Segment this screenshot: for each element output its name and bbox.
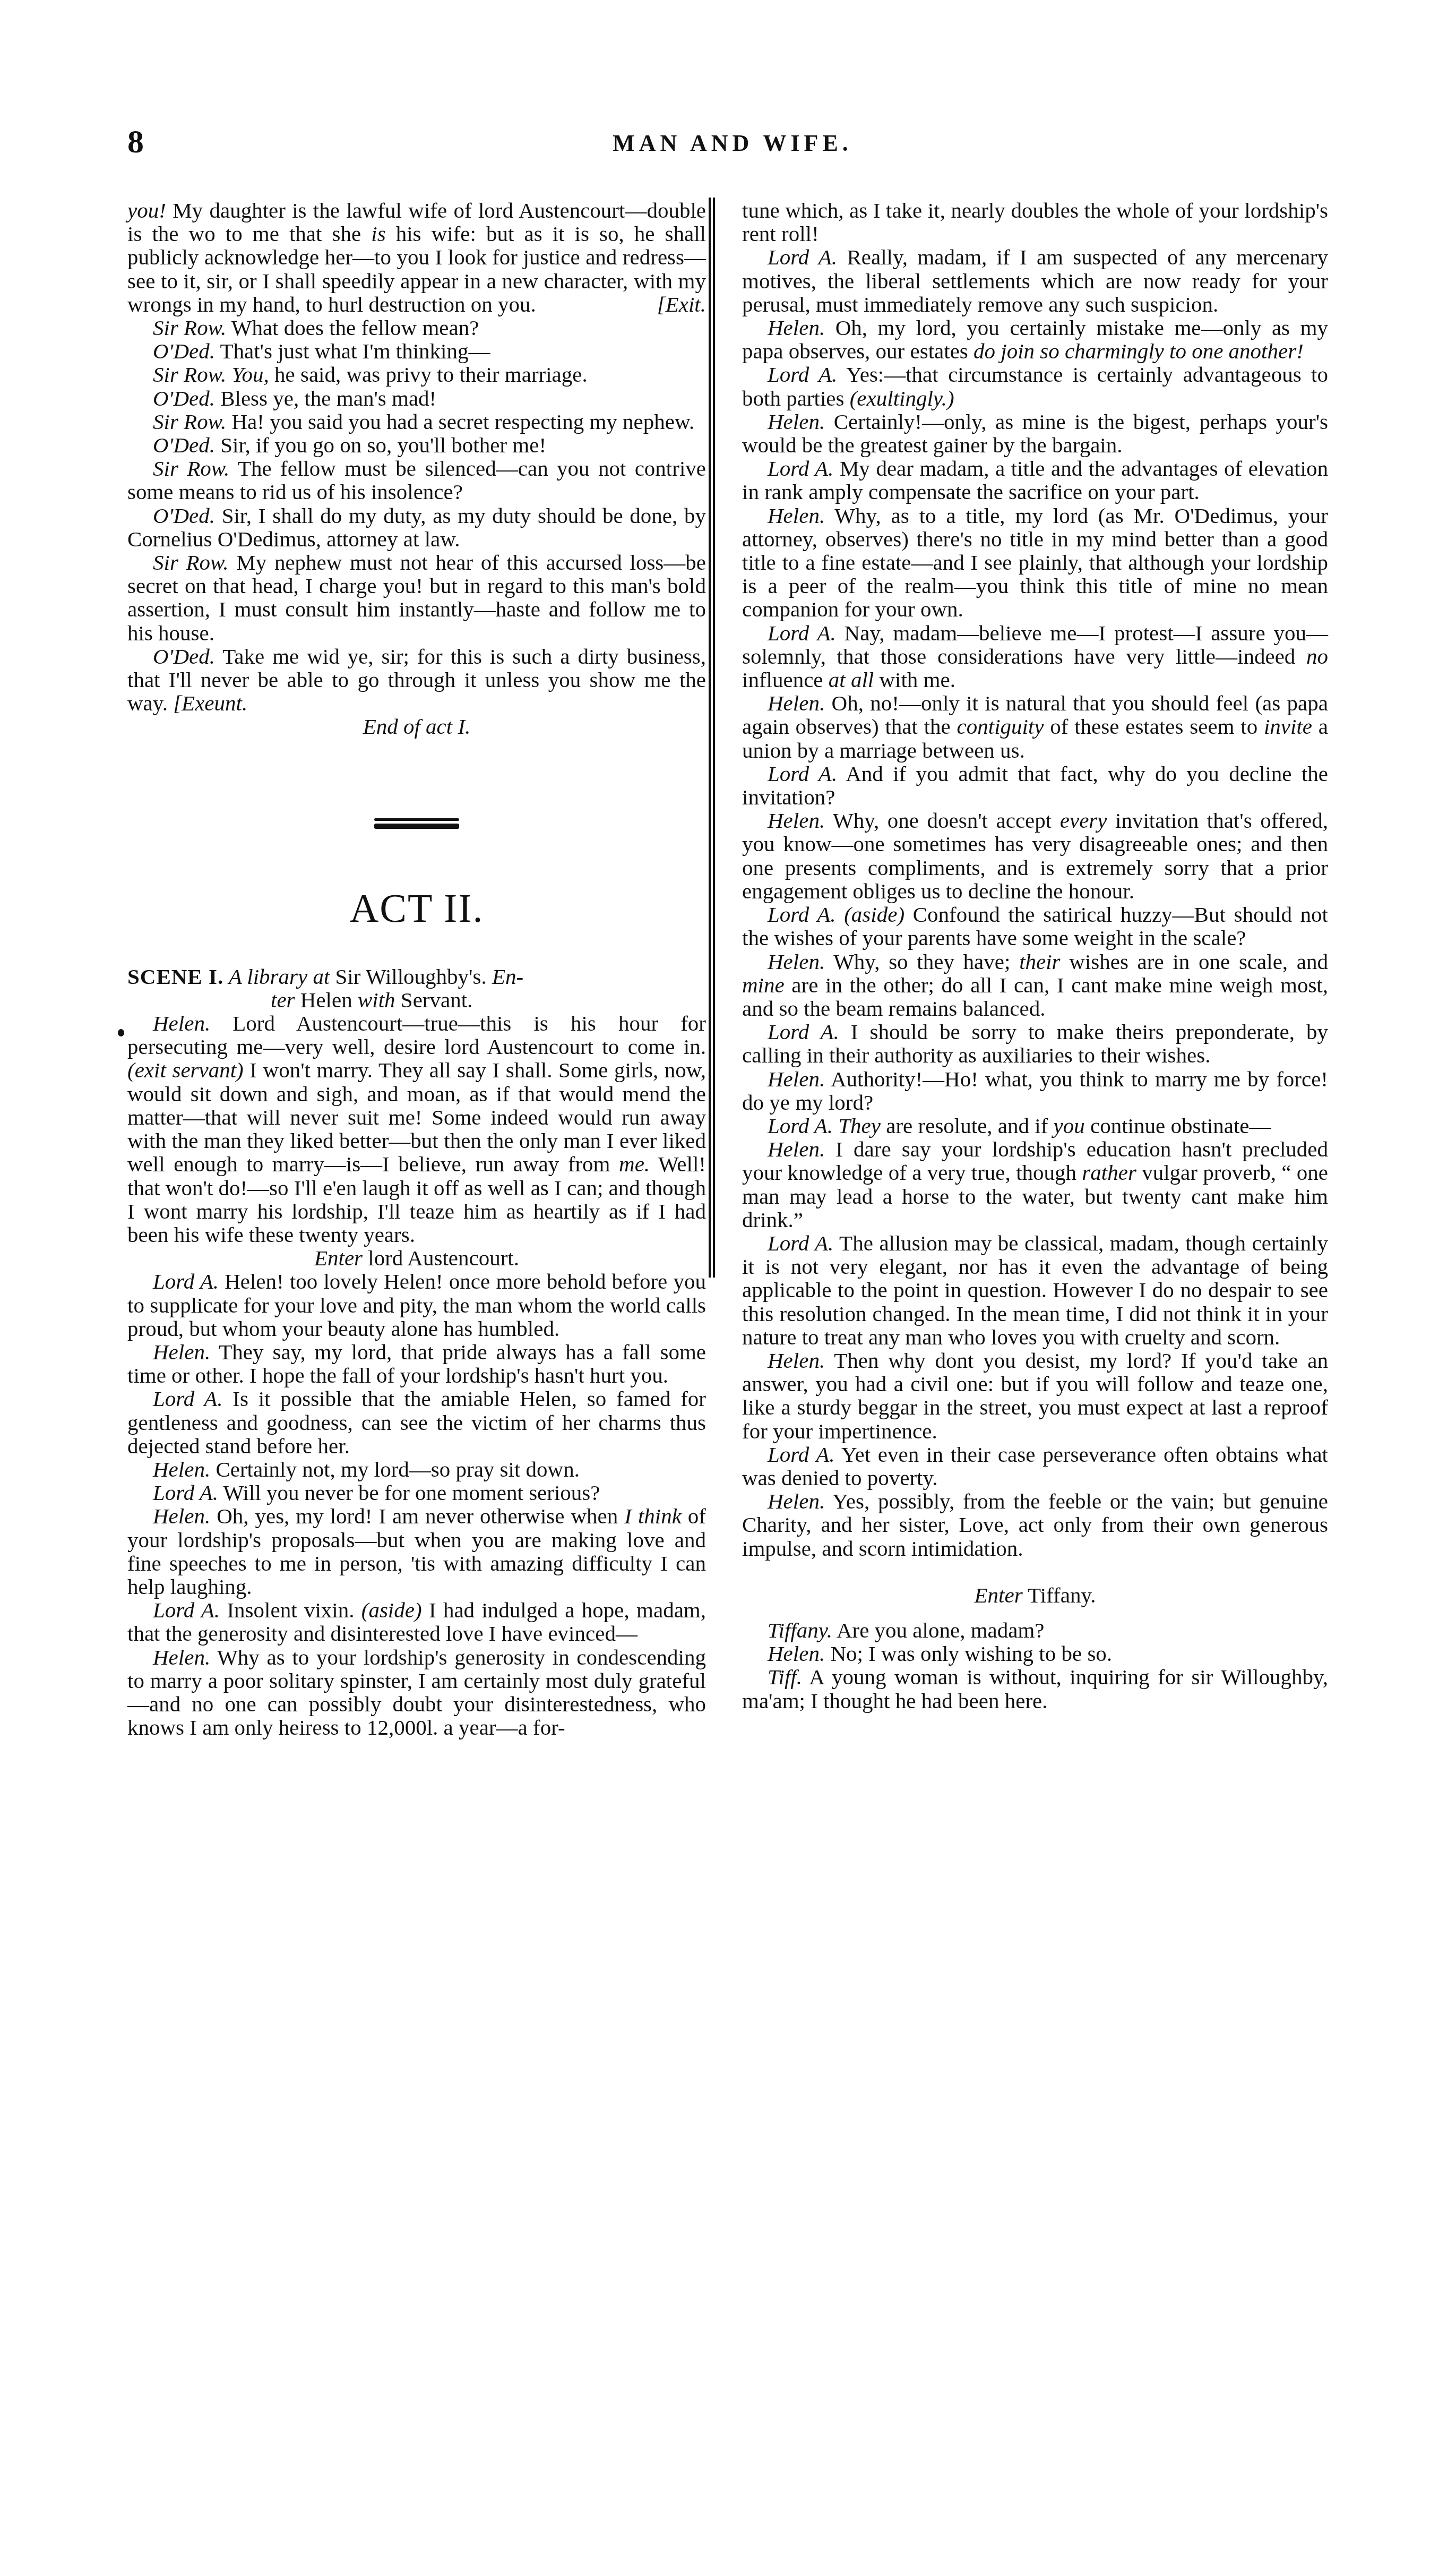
speaker: Tiff.: [768, 1665, 802, 1689]
speaker: Helen.: [768, 409, 825, 434]
speech: Helen. Lord Austencourt—true—this is his…: [127, 1012, 706, 1246]
speech: Helen. Oh, no!—only it is natural that y…: [742, 691, 1328, 762]
speaker: Helen.: [768, 691, 825, 715]
speech: Helen. No; I was only wishing to be so.: [742, 1642, 1328, 1665]
speaker: Lord A.: [768, 1113, 833, 1138]
speech-continuation: you! My daughter is the lawful wife of l…: [127, 199, 706, 316]
speech: Lord A. Really, madam, if I am suspected…: [742, 245, 1328, 316]
speech: Helen. Oh, my lord, you certainly mistak…: [742, 316, 1328, 363]
speech: O'Ded. Bless ye, the man's mad!: [127, 387, 706, 410]
end-of-act-label: End of act I.: [127, 715, 706, 738]
speech: Sir Row. The fellow must be silenced—can…: [127, 457, 706, 503]
speech: Helen. I dare say your lordship's educat…: [742, 1137, 1328, 1231]
speaker: Helen.: [768, 1489, 825, 1513]
speech: Helen. They say, my lord, that pride alw…: [127, 1340, 706, 1387]
speaker: Helen.: [768, 1137, 825, 1161]
speaker: Helen.: [768, 1641, 825, 1666]
speech: Helen. Certainly!—only, as mine is the b…: [742, 410, 1328, 457]
speaker: Lord A.: [768, 245, 837, 269]
stage-direction-exit: [Exit.: [657, 293, 706, 316]
speaker: Helen.: [153, 1457, 210, 1481]
speech-continuation: tune which, as I take it, nearly doubles…: [742, 199, 1328, 245]
right-column: tune which, as I take it, nearly doubles…: [742, 199, 1328, 1712]
speech: Lord A. Yes:—that circumstance is certai…: [742, 363, 1328, 409]
speech: Lord A. Will you never be for one moment…: [127, 1481, 706, 1504]
speech: Helen. Certainly not, my lord—so pray si…: [127, 1458, 706, 1481]
speech: Helen. Why, so they have; their wishes a…: [742, 950, 1328, 1021]
speaker: O'Ded.: [153, 386, 215, 410]
speech: Sir Row. What does the fellow mean?: [127, 316, 706, 339]
speech: Sir Row. You, he said, was privy to thei…: [127, 363, 706, 386]
speaker: Sir Row.: [153, 550, 229, 575]
speech: Lord A. Yet even in their case persevera…: [742, 1443, 1328, 1489]
speaker: Helen.: [768, 503, 825, 528]
speaker: Sir Row.: [153, 315, 226, 340]
speaker: Sir Row.: [153, 362, 226, 387]
speech: Tiff. A young woman is without, inquirin…: [742, 1665, 1328, 1712]
speech: Helen. Then why dont you desist, my lord…: [742, 1349, 1328, 1443]
speech: Sir Row. My nephew must not hear of this…: [127, 551, 706, 645]
speech: Lord A. I should be sorry to make theirs…: [742, 1020, 1328, 1067]
speech: Helen. Authority!—Ho! what, you think to…: [742, 1067, 1328, 1114]
speaker: Helen.: [768, 808, 825, 833]
speaker: Helen.: [768, 949, 825, 974]
speech: Lord A. The allusion may be classical, m…: [742, 1231, 1328, 1349]
speech: Sir Row. Ha! you said you had a secret r…: [127, 410, 706, 433]
speaker: Helen.: [768, 315, 825, 340]
speaker: Tiffany.: [768, 1618, 832, 1642]
speaker: Lord A.: [768, 621, 836, 645]
speaker: O'Ded.: [153, 644, 215, 669]
ink-dot: [118, 1029, 124, 1036]
speaker: Sir Row.: [153, 456, 229, 481]
scene-heading: SCENE I. A library at Sir Willoughby's. …: [127, 965, 706, 1012]
speech: O'Ded. Sir, I shall do my duty, as my du…: [127, 504, 706, 551]
speech: Helen. Why, as to a title, my lord (as M…: [742, 504, 1328, 621]
speaker: Helen.: [768, 1067, 825, 1091]
speaker: O'Ded.: [153, 339, 215, 363]
speaker: O'Ded.: [153, 433, 215, 457]
act-heading: ACT II.: [127, 888, 706, 929]
speaker: Lord A.: [768, 761, 837, 786]
act-separator-rule: [374, 818, 459, 829]
speaker: Lord A.: [768, 1442, 835, 1467]
speech: Tiffany. Are you alone, madam?: [742, 1618, 1328, 1642]
running-header-title: MAN AND WIFE.: [478, 132, 987, 155]
speech: Lord A. And if you admit that fact, why …: [742, 762, 1328, 809]
speech: Lord A. (aside) Confound the satirical h…: [742, 903, 1328, 949]
speech: Lord A. Helen! too lovely Helen! once mo…: [127, 1270, 706, 1340]
speech: O'Ded. Take me wid ye, sir; for this is …: [127, 645, 706, 715]
speech: O'Ded. That's just what I'm thinking—: [127, 339, 706, 363]
speech: Helen. Oh, yes, my lord! I am never othe…: [127, 1504, 706, 1598]
speaker: O'Ded.: [153, 503, 215, 528]
speech: Lord A. Nay, madam—believe me—I protest—…: [742, 621, 1328, 692]
speaker: Lord A.: [153, 1269, 219, 1293]
page-number: 8: [127, 125, 144, 158]
stage-direction-exeunt: [Exeunt.: [173, 691, 247, 715]
stage-direction-enter: Enter Tiffany.: [742, 1583, 1328, 1607]
speech: Helen. Why as to your lordship's generos…: [127, 1646, 706, 1740]
speaker: Lord A.: [153, 1386, 223, 1411]
speaker: Sir Row.: [153, 409, 226, 434]
speaker: Lord A.: [153, 1598, 220, 1622]
speaker: Lord A.: [153, 1480, 218, 1505]
speech: Lord A. Is it possible that the amiable …: [127, 1387, 706, 1458]
speaker: Lord A.: [768, 362, 837, 387]
speech: Lord A. Insolent vixin. (aside) I had in…: [127, 1598, 706, 1645]
speaker: Helen.: [768, 1348, 825, 1373]
speaker: Helen.: [153, 1011, 210, 1035]
speaker: Helen.: [153, 1504, 210, 1528]
left-column: you! My daughter is the lawful wife of l…: [127, 199, 706, 1739]
stage-direction-enter: Enter lord Austencourt.: [127, 1246, 706, 1270]
speaker: Helen.: [153, 1340, 210, 1364]
speaker: Helen.: [153, 1645, 210, 1669]
speaker: Lord A.: [768, 1019, 839, 1044]
speaker: Lord A.: [768, 456, 833, 481]
speech: Lord A. They are resolute, and if you co…: [742, 1114, 1328, 1137]
speech: Helen. Why, one doesn't accept every inv…: [742, 809, 1328, 903]
speech: Helen. Yes, possibly, from the feeble or…: [742, 1489, 1328, 1560]
speaker: Lord A.: [768, 1231, 833, 1255]
speech: Lord A. My dear madam, a title and the a…: [742, 457, 1328, 503]
speech: O'Ded. Sir, if you go on so, you'll both…: [127, 433, 706, 457]
speaker: Lord A.: [768, 902, 836, 927]
column-divider: [709, 198, 715, 1278]
